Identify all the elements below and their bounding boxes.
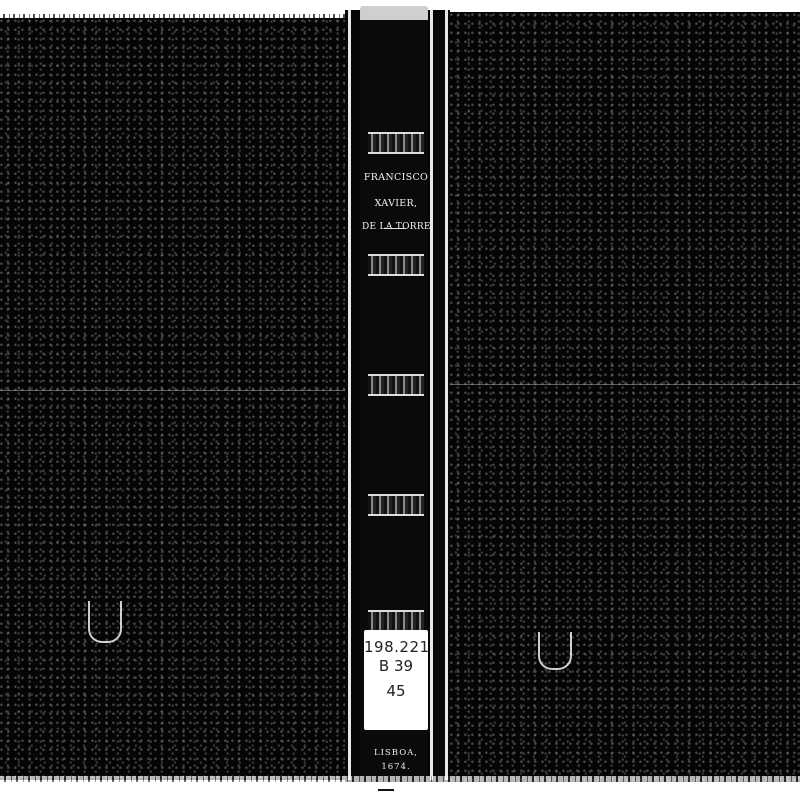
wear-texture — [450, 12, 800, 782]
scan-mark — [378, 789, 394, 791]
wear-texture — [0, 18, 345, 780]
raised-band — [368, 374, 424, 396]
imprint-place: LISBOA, — [364, 748, 428, 758]
spine-title-line: DE LA TORRE — [362, 222, 430, 232]
raised-band — [368, 132, 424, 154]
call-number-class: 198.221 — [364, 638, 428, 657]
back-cover-board — [0, 18, 345, 780]
raised-band — [368, 494, 424, 516]
ink-mark — [538, 632, 572, 670]
spine-headcap — [360, 6, 428, 20]
spine-title-line: FRANCISCO — [362, 172, 430, 183]
ink-mark — [88, 601, 122, 643]
hinge-rule-left — [348, 10, 351, 780]
book-scan: FRANCISCO XAVIER, DE LA TORRE 198.221 B … — [0, 0, 800, 800]
raised-band — [368, 254, 424, 276]
hinge-rule-right — [445, 10, 448, 780]
fold-line — [0, 390, 345, 391]
call-number-cutter: B 39 — [364, 657, 428, 676]
call-number-copy: 45 — [364, 682, 428, 701]
call-number-label: 198.221 B 39 45 — [364, 630, 428, 730]
raised-band — [368, 610, 424, 632]
bottom-edge — [0, 776, 800, 782]
imprint-year: 1674. — [364, 762, 428, 772]
front-cover-board — [450, 12, 800, 782]
fold-line — [450, 384, 800, 385]
hinge-rule-inner — [430, 10, 433, 780]
spine-title-line: XAVIER, — [362, 198, 430, 209]
